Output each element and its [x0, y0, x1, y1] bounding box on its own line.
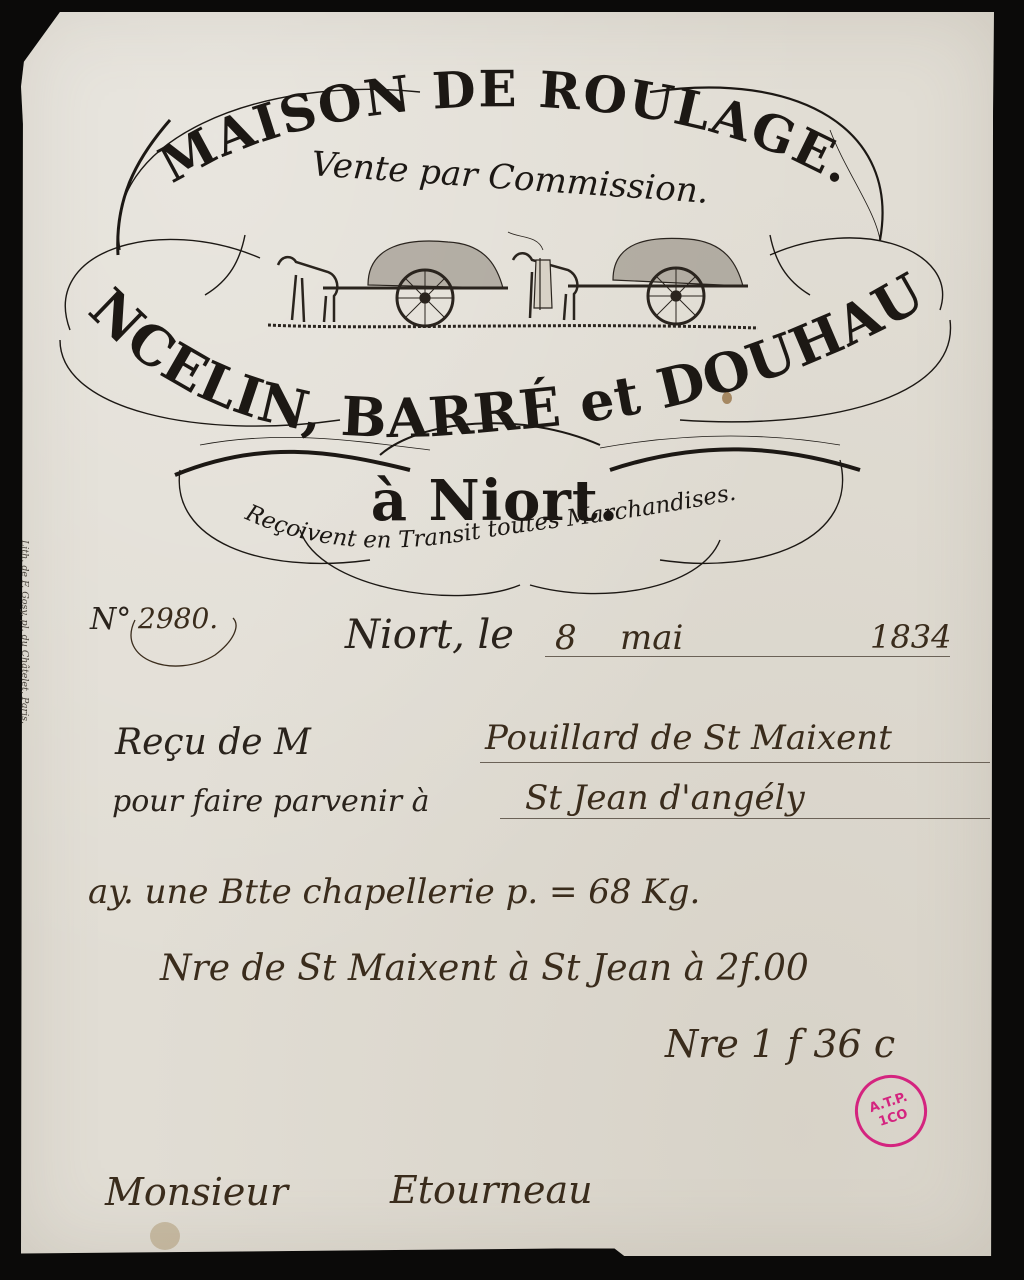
- destination-label: pour faire parvenir à: [112, 784, 430, 819]
- wagon-engraving: [268, 230, 758, 340]
- item-description: ay. une Btte chapellerie p. = 68 Kg.: [88, 872, 700, 912]
- total-charge: Nre 1 f 36 c: [665, 1022, 895, 1066]
- received-from: Pouillard de St Maixent: [485, 718, 892, 758]
- date-fill-line: [545, 656, 950, 657]
- freight-rate: Nre de St Maixent à St Jean à 2f.00: [160, 948, 809, 989]
- letterhead-location: à Niort.: [345, 468, 645, 534]
- date-day: 8: [555, 618, 577, 658]
- destination: St Jean d'angély: [525, 778, 805, 818]
- addressee-name: Etourneau: [390, 1168, 593, 1212]
- lithographer-imprint: Lith. de F. Gosy, pl. du Châtelet, Paris…: [19, 540, 30, 724]
- destination-fill-line: [500, 818, 990, 819]
- received-from-label: Reçu de M: [115, 722, 311, 763]
- paper-stain: [722, 392, 732, 404]
- place-label: Niort, le: [345, 612, 514, 658]
- received-fill-line: [480, 762, 990, 763]
- addressee-label: Monsieur: [105, 1170, 288, 1214]
- number-flourish: [115, 600, 255, 680]
- paper-stain: [150, 1222, 180, 1250]
- date-month: mai: [620, 618, 683, 658]
- date-year: 1834: [870, 618, 951, 656]
